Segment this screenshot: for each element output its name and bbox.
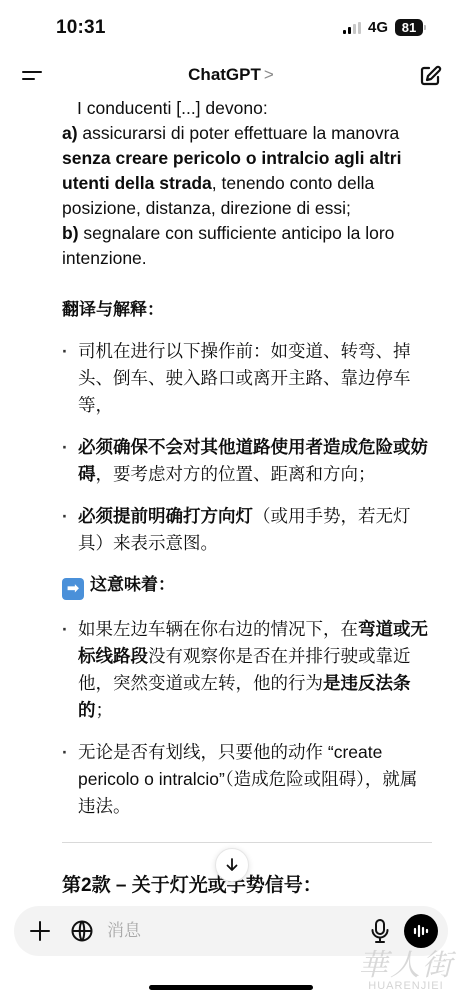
- list-item: 必须提前明确打方向灯（或用手势，若无灯具）来表示意图。: [62, 503, 432, 557]
- meaning-heading: ➡这意味着：: [62, 572, 432, 600]
- quote-intro: I conducenti [...] devono:: [62, 96, 432, 121]
- plus-icon[interactable]: [28, 919, 52, 943]
- globe-icon[interactable]: [70, 919, 94, 943]
- divider: [62, 842, 432, 843]
- battery-level: 81: [395, 19, 423, 36]
- status-time: 10:31: [56, 17, 106, 39]
- home-indicator: [149, 985, 313, 990]
- battery-icon: 81: [395, 19, 426, 36]
- quote-clause-b: b) segnalare con sufficiente anticipo la…: [62, 221, 432, 271]
- translation-heading: 翻译与解释：: [62, 297, 432, 322]
- assistant-message: I conducenti [...] devono: a) assicurars…: [62, 96, 432, 898]
- chevron-right-icon: >: [264, 65, 274, 84]
- arrow-down-icon: [224, 857, 240, 873]
- translation-list: 司机在进行以下操作前：如变道、转弯、掉头、倒车、驶入路口或离开主路、靠边停车等，…: [62, 338, 432, 557]
- nav-bar: ChatGPT>: [0, 56, 462, 96]
- watermark: 華人街 HUARENJIEI: [358, 940, 454, 992]
- status-indicators: 4G 81: [343, 19, 426, 36]
- network-type: 4G: [368, 19, 388, 36]
- list-item: 必须确保不会对其他道路使用者造成危险或妨碍，要考虑对方的位置、距离和方向；: [62, 434, 432, 488]
- right-arrow-icon: ➡: [62, 578, 84, 600]
- list-item: 司机在进行以下操作前：如变道、转弯、掉头、倒车、驶入路口或离开主路、靠边停车等，: [62, 338, 432, 419]
- list-item: 如果左边车辆在你右边的情况下，在弯道或无标线路段没有观察你是否在并排行驶或靠近他…: [62, 616, 432, 724]
- scroll-to-bottom-button[interactable]: [215, 848, 249, 882]
- message-input[interactable]: [107, 918, 357, 944]
- status-bar: 10:31 4G 81: [0, 0, 462, 56]
- quote-clause-a: a) assicurarsi di poter effettuare la ma…: [62, 121, 432, 221]
- model-selector[interactable]: ChatGPT>: [0, 65, 462, 85]
- app-title: ChatGPT: [188, 65, 261, 84]
- waveform-icon: [412, 923, 430, 939]
- meaning-list: 如果左边车辆在你右边的情况下，在弯道或无标线路段没有观察你是否在并排行驶或靠近他…: [62, 616, 432, 820]
- new-chat-icon[interactable]: [418, 64, 442, 88]
- list-item: 无论是否有划线，只要他的动作 “create pericolo o intral…: [62, 739, 432, 820]
- signal-icon: [343, 22, 361, 34]
